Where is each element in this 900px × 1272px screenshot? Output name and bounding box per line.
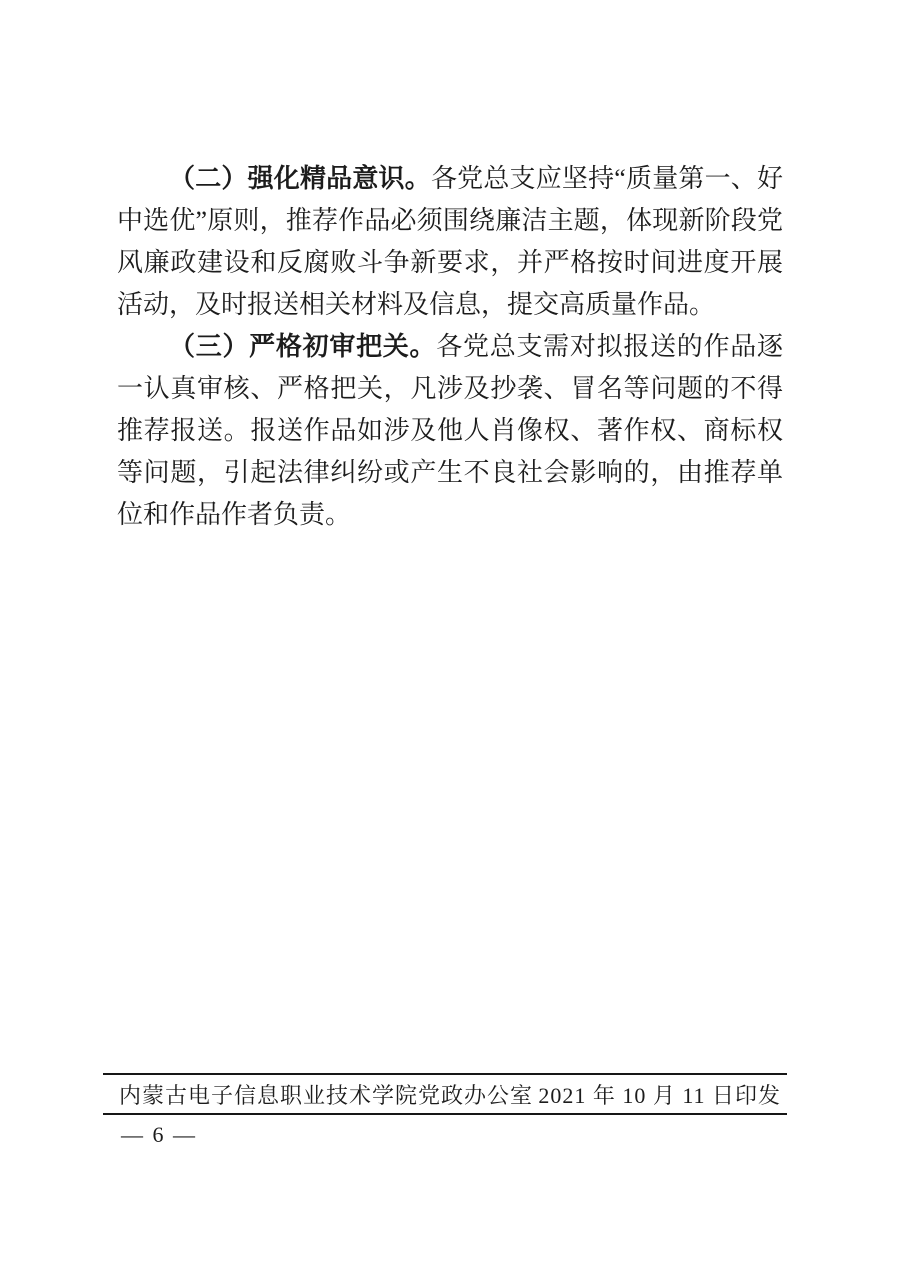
paragraph-3-lead: （三）严格初审把关。 [169,332,436,361]
print-date: 2021 年 10 月 11 日印发 [538,1079,781,1110]
paragraph-2-lead: （二）强化精品意识。 [169,164,431,193]
page-footer: 内蒙古电子信息职业技术学院党政办公室 2021 年 10 月 11 日印发 — … [103,1073,787,1148]
document-page: （二）强化精品意识。各党总支应坚持“质量第一、好中选优”原则，推荐作品必须围绕廉… [0,0,900,1272]
issuing-office: 内蒙古电子信息职业技术学院党政办公室 [119,1079,533,1110]
paragraph-2: （二）强化精品意识。各党总支应坚持“质量第一、好中选优”原则，推荐作品必须围绕廉… [117,158,783,326]
footer-bottom-rule [103,1113,787,1115]
page-number: — 6 — [103,1122,787,1148]
paragraph-3-text: 各党总支需对拟报送的作品逐一认真审核、严格把关，凡涉及抄袭、冒名等问题的不得推荐… [117,332,783,529]
document-body: （二）强化精品意识。各党总支应坚持“质量第一、好中选优”原则，推荐作品必须围绕廉… [117,158,783,536]
paragraph-3: （三）严格初审把关。各党总支需对拟报送的作品逐一认真审核、严格把关，凡涉及抄袭、… [117,326,783,536]
footer-colophon-row: 内蒙古电子信息职业技术学院党政办公室 2021 年 10 月 11 日印发 [103,1075,787,1113]
